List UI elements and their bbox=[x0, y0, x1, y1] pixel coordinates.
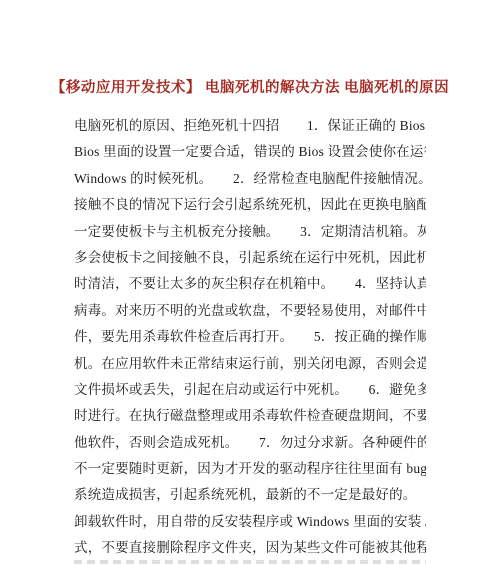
article-line: 一定要使板卡与主机板充分接触。 3．定期清洁机箱。灰尘太 bbox=[74, 219, 426, 245]
article-line: 机。在应用软件未正常结束运行前，别关闭电源，否则会造成系统 bbox=[74, 351, 426, 377]
article-line: 电脑死机的原因、拒绝死机十四招 1．保证正确的 Bios 设置。 bbox=[74, 113, 426, 139]
article-line: 病毒。对来历不明的光盘或软盘，不要轻易使用，对邮件中的附 bbox=[74, 298, 426, 324]
article-line: 系统造成损害，引起系统死机，最新的不一定是最好的。 8．在 bbox=[74, 482, 426, 508]
article-line: 时进行。在执行磁盘整理或用杀毒软件检查硬盘期间，不要运行其 bbox=[74, 403, 426, 429]
article-line: 文件损坏或丢失，引起在启动或运行中死机。 6．避免多任务同 bbox=[74, 377, 426, 403]
clipped-next-line bbox=[74, 560, 426, 564]
article-line: 他软件，否则会造成死机。 7．勿过分求新。各种硬件的驱动 bbox=[74, 430, 426, 456]
article-line: Bios 里面的设置一定要合适，错误的 Bios 设置会使你在运行 bbox=[74, 139, 426, 165]
article-line: 卸载软件时，用自带的反安装程序或 Windows 里面的安装 / 卸载方 bbox=[74, 509, 426, 535]
article-line: 多会使板卡之间接触不良，引起系统在运行中死机，因此机箱要随 bbox=[74, 245, 426, 271]
article-line: 式，不要直接删除程序文件夹，因为某些文件可能被其他程序共 bbox=[74, 535, 426, 561]
article-line: 时清洁，不要让太多的灰尘积存在机箱中。 4．坚持认真查杀 bbox=[74, 271, 426, 297]
article-title: 【移动应用开发技术】 电脑死机的解决方法 电脑死机的原因 bbox=[0, 76, 500, 97]
article-body: 电脑死机的原因、拒绝死机十四招 1．保证正确的 Bios 设置。 Bios 里面… bbox=[74, 113, 426, 562]
article-line: 件，要先用杀毒软件检查后再打开。 5．按正确的操作顺序关 bbox=[74, 324, 426, 350]
article-line: Windows 的时候死机。 2．经常检查电脑配件接触情况。在板卡 bbox=[74, 166, 426, 192]
document-page: 【移动应用开发技术】 电脑死机的解决方法 电脑死机的原因 电脑死机的原因、拒绝死… bbox=[0, 0, 500, 565]
article-line: 接触不良的情况下运行会引起系统死机，因此在更换电脑配件时， bbox=[74, 192, 426, 218]
article-line: 不一定要随时更新，因为才开发的驱动程序往往里面有 bug，会对 bbox=[74, 456, 426, 482]
